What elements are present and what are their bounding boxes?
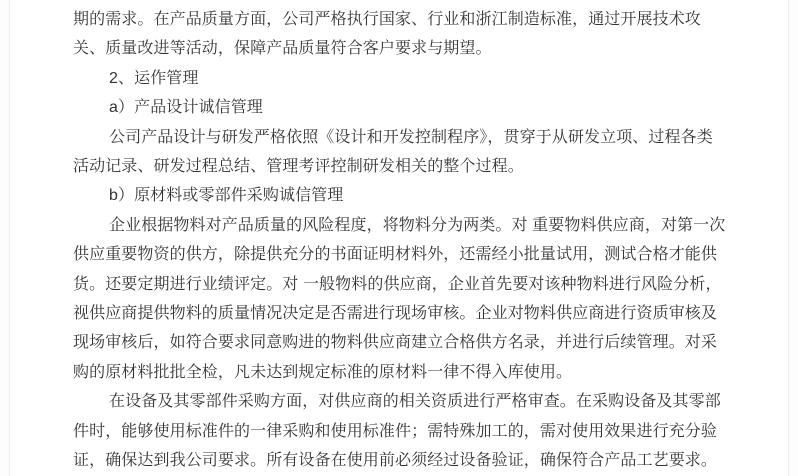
text-line: 供应重要物资的供方，除提供充分的书面证明材料外，还需经小批量试用，测试合格才能供 [73,240,733,269]
heading-line: b）原材料或零部件采购诚信管理 [73,181,733,210]
heading-line: a）产品设计诚信管理 [73,93,733,122]
text-line: 企业根据物料对产品质量的风险程度，将物料分为两类。对 重要物料供应商，对第一次 [73,211,733,240]
text-line: 关、质量改进等活动，保障产品质量符合客户要求与期望。 [73,34,733,63]
text-line: 购的原材料批批全检，凡未达到规定标准的原材料一律不得入库使用。 [73,358,733,387]
document-body: 期的需求。在产品质量方面，公司严格执行国家、行业和浙江制造标准，通过开展技术攻关… [73,5,733,476]
text-line: 期的需求。在产品质量方面，公司严格执行国家、行业和浙江制造标准，通过开展技术攻 [73,5,733,34]
text-line: 在设备及其零部件采购方面，对供应商的相关资质进行严格审查。在采购设备及其零部 [73,387,733,416]
text-line: 件时，能够使用标准件的一律采购和使用标准件；需特殊加工的，需对使用效果进行充分验 [73,417,733,446]
text-line: 活动记录、研发过程总结、管理考评控制研发相关的整个过程。 [73,152,733,181]
text-line: 现场审核后，如符合要求同意购进的物料供应商建立合格供方名录，并进行后续管理。对采 [73,328,733,357]
document-viewport: 期的需求。在产品质量方面，公司严格执行国家、行业和浙江制造标准，通过开展技术攻关… [0,0,798,476]
text-line: 证，确保达到我公司要求。所有设备在使用前必须经过设备验证，确保符合产品工艺要求。 [73,446,733,475]
text-line: 货。还要定期进行业绩评定。对 一般物料的供应商，企业首先要对该种物料进行风险分析… [73,270,733,299]
text-line: 视供应商提供物料的质量情况决定是否需进行现场审核。企业对物料供应商进行资质审核及 [73,299,733,328]
document-page: 期的需求。在产品质量方面，公司严格执行国家、行业和浙江制造标准，通过开展技术攻关… [9,0,789,476]
heading-line: 2、运作管理 [73,64,733,93]
text-line: 公司产品设计与研发严格依照《设计和开发控制程序》，贯穿于从研发立项、过程各类 [73,123,733,152]
